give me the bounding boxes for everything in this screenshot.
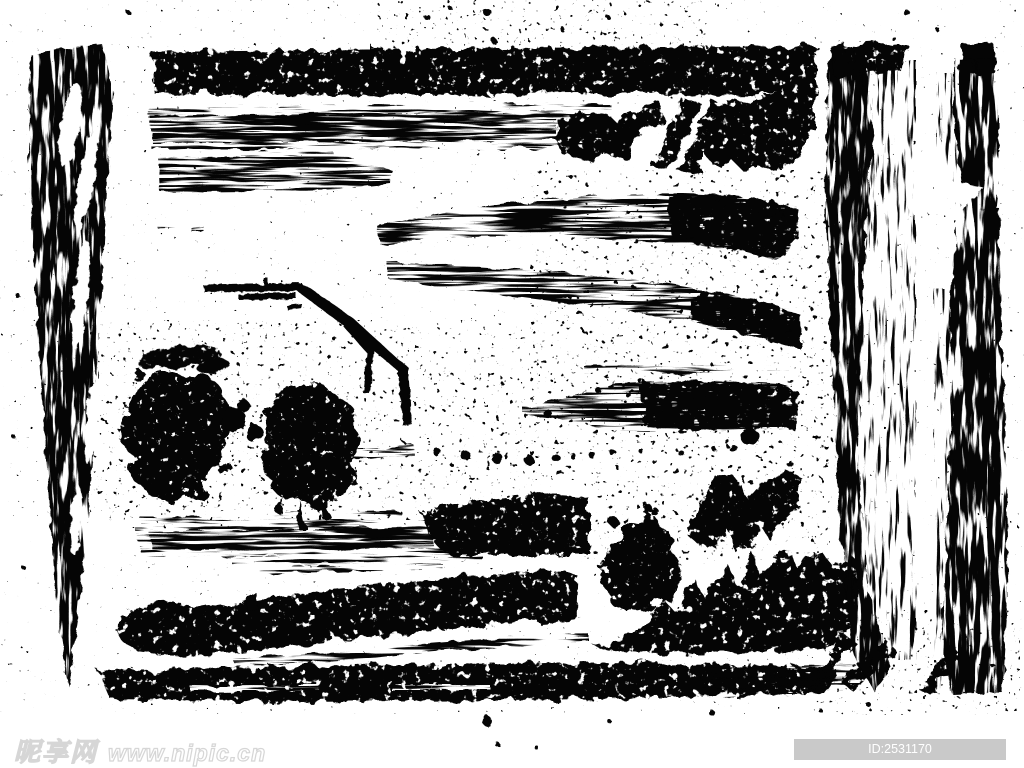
watermark: 昵享网www.nipic.cn [14,732,266,768]
watermark-site-text: www.nipic.cn [108,740,266,766]
stock-image-preview: 昵享网www.nipic.cn ID:2531170 NO:2014062522… [0,0,1024,768]
id-badge: ID:2531170 NO:20140625223805969000 [794,739,1006,760]
scratchy-band-upper [150,104,612,150]
watermark-logo-text: 昵享网 [14,737,98,767]
ink-brush-artwork [0,0,1024,768]
top-bar-stroke [152,46,818,95]
